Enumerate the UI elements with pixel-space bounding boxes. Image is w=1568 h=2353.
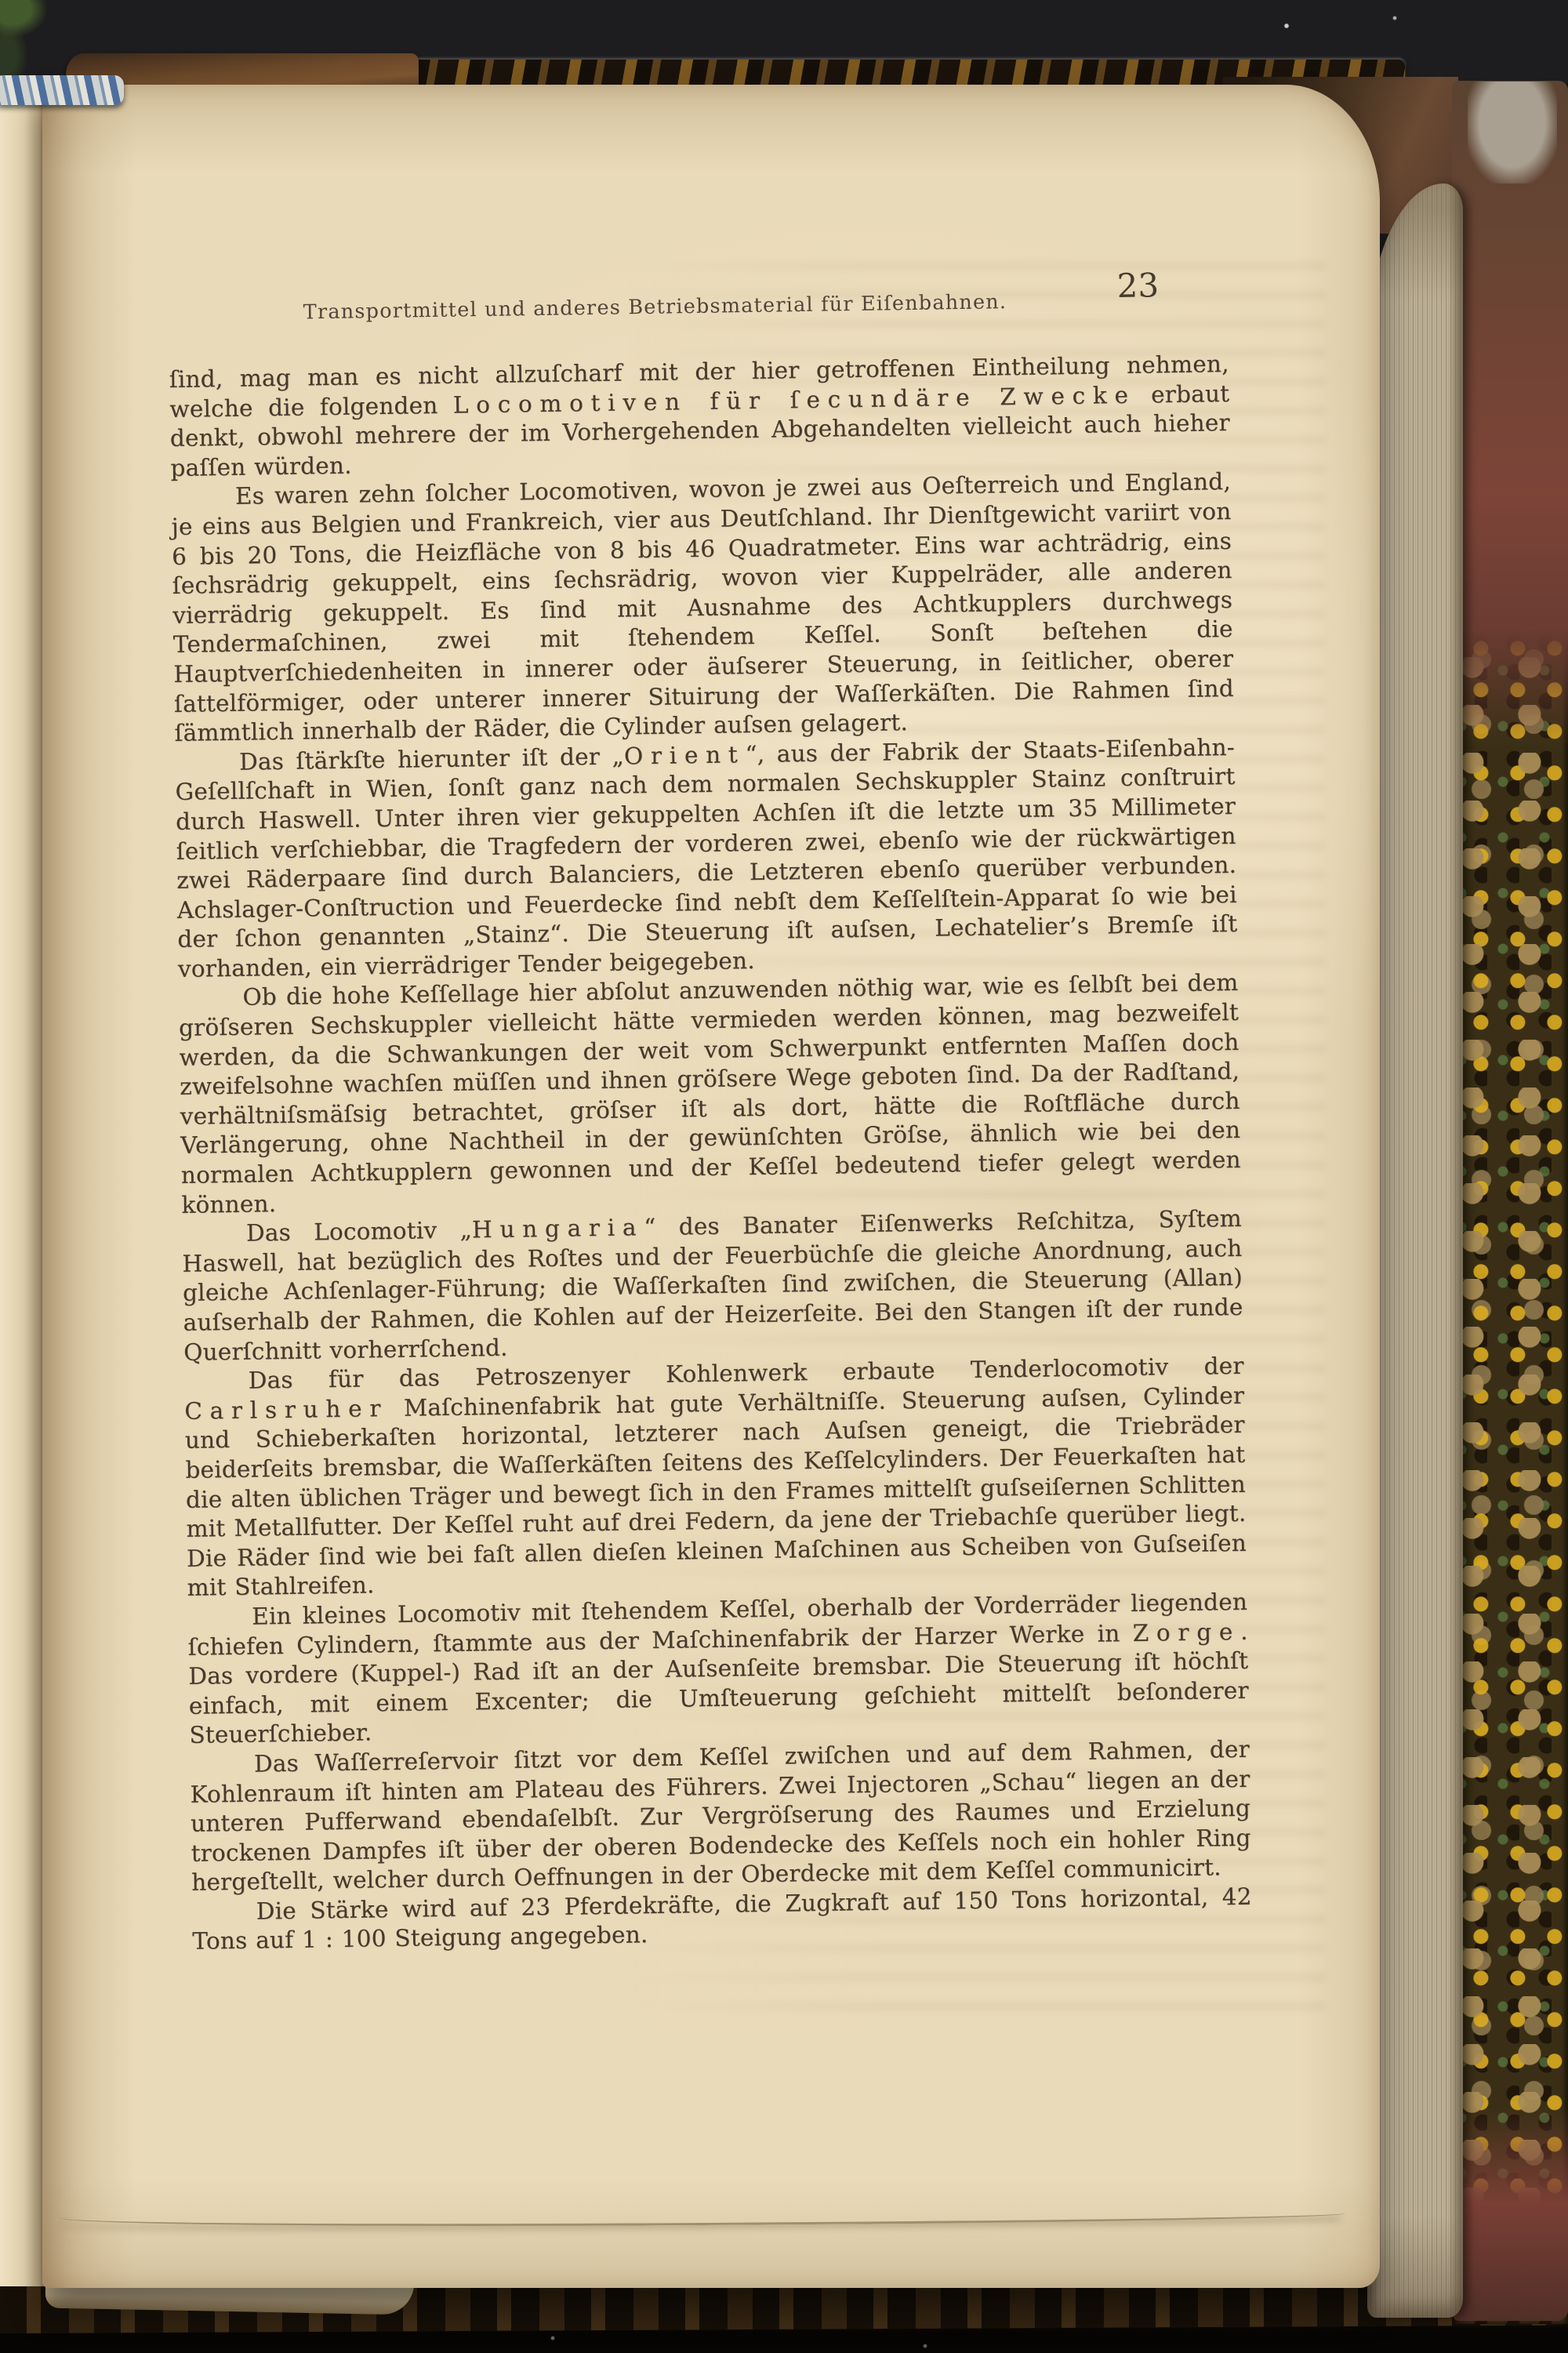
headband bbox=[0, 75, 124, 105]
text-run: Das Waſſerreſervoir ſitzt vor dem Keſſel… bbox=[190, 1736, 1250, 1896]
letterspaced-emphasis: Carlsruher bbox=[184, 1395, 388, 1425]
letterspaced-emphasis: Zorge bbox=[1132, 1618, 1240, 1646]
text-run: Ob die hohe Keſſellage hier abſolut anzu… bbox=[179, 969, 1241, 1218]
facing-page-sliver bbox=[0, 89, 45, 2286]
letterspaced-emphasis: Hungaria bbox=[472, 1214, 644, 1243]
letterspaced-emphasis: Orient bbox=[624, 741, 746, 769]
paragraph: Ob die hohe Keſſellage hier abſolut anzu… bbox=[178, 968, 1241, 1220]
page-bottom-crease bbox=[60, 2209, 1345, 2229]
paragraph: ſind, mag man es nicht allzuſcharf mit d… bbox=[169, 350, 1231, 483]
paragraph: Das Waſſerreſervoir ſitzt vor dem Keſſel… bbox=[190, 1735, 1252, 1898]
worn-corner-patch bbox=[1468, 82, 1557, 183]
text-run: Das Locomotiv „ bbox=[246, 1217, 473, 1247]
paragraph: Ein kleines Locomotiv mit ſtehendem Keſſ… bbox=[187, 1588, 1250, 1751]
paragraph: Das Locomotiv „Hungaria“ des Banater Eiſ… bbox=[182, 1204, 1244, 1367]
page-header: Transportmittel und anderes Betriebsmate… bbox=[168, 271, 1229, 337]
paragraph: Es waren zehn ſolcher Locomotiven, wovon… bbox=[171, 467, 1235, 748]
page-stack-fore-edge bbox=[1367, 183, 1463, 2318]
text-run: Es waren zehn ſolcher Locomotiven, wovon… bbox=[171, 468, 1234, 746]
text-run: Das ſtärkſte hierunter iſt der „ bbox=[239, 743, 624, 775]
printed-content: Transportmittel und anderes Betriebsmate… bbox=[168, 271, 1252, 1957]
leather-corner-bottom bbox=[1452, 2108, 1568, 2321]
photo-background: Transportmittel und anderes Betriebsmate… bbox=[0, 0, 1568, 2353]
page-number: 23 bbox=[1116, 266, 1159, 305]
paragraph: Das ſtärkſte hierunter iſt der „Orient“,… bbox=[175, 733, 1238, 985]
paragraph: Das für das Petroszenyer Kohlenwerk erba… bbox=[183, 1352, 1247, 1603]
book-page: Transportmittel und anderes Betriebsmate… bbox=[42, 85, 1380, 2288]
running-title: Transportmittel und anderes Betriebsmate… bbox=[168, 289, 1142, 326]
body-text: ſind, mag man es nicht allzuſcharf mit d… bbox=[169, 350, 1253, 1957]
